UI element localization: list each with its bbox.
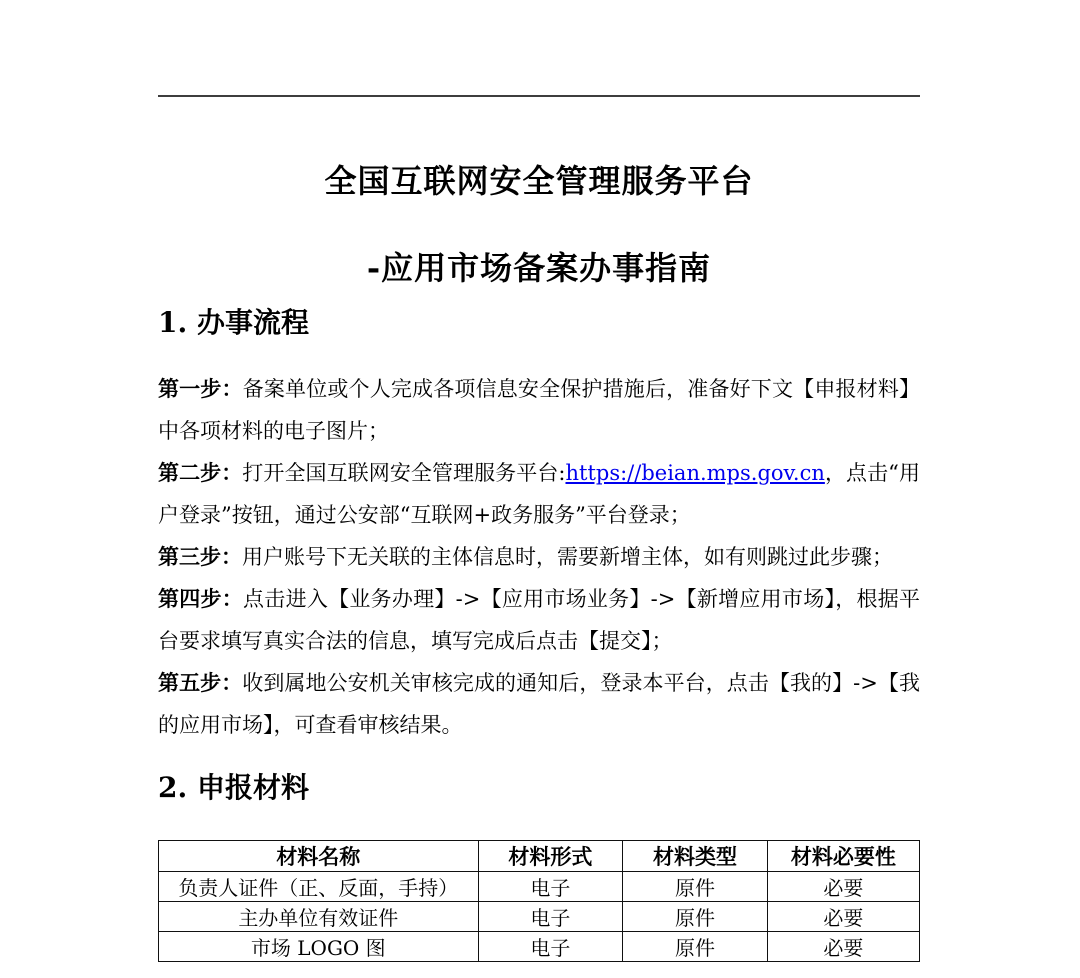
table-row: 市场 LOGO 图 电子 原件 必要 (159, 932, 920, 962)
step-5-text: 收到属地公安机关审核完成的通知后，登录本平台，点击【我的】->【我的应用市场】，… (158, 671, 920, 737)
table-header-cell-name: 材料名称 (159, 841, 479, 872)
table-cell: 原件 (623, 902, 768, 932)
step-1-label: 第一步： (158, 376, 243, 401)
step-paragraph-2: 第二步：打开全国互联网安全管理服务平台:https://beian.mps.go… (158, 452, 920, 536)
table-cell: 电子 (478, 902, 623, 932)
doc-title-line1: 全国互联网安全管理服务平台 (158, 163, 920, 199)
materials-table-wrap: 材料名称 材料形式 材料类型 材料必要性 负责人证件（正、反面，手持） 电子 原… (158, 840, 920, 962)
step-2-text-before-link: 打开全国互联网安全管理服务平台: (242, 461, 565, 485)
table-cell: 市场 LOGO 图 (159, 932, 479, 962)
table-row: 主办单位有效证件 电子 原件 必要 (159, 902, 920, 932)
table-cell: 必要 (767, 872, 919, 902)
document-page: 全国互联网安全管理服务平台 -应用市场备案办事指南 1. 办事流程 第一步：备案… (0, 0, 1080, 978)
step-3-label: 第三步： (158, 544, 242, 569)
table-cell: 电子 (478, 932, 623, 962)
step-paragraph-1: 第一步：备案单位或个人完成各项信息安全保护措施后，准备好下文【申报材料】中各项材… (158, 368, 920, 452)
beian-link[interactable]: https://beian.mps.gov.cn (565, 461, 824, 485)
step-paragraph-3: 第三步：用户账号下无关联的主体信息时，需要新增主体，如有则跳过此步骤； (158, 536, 920, 578)
table-header-cell-type: 材料类型 (623, 841, 768, 872)
step-paragraph-5: 第五步：收到属地公安机关审核完成的通知后，登录本平台，点击【我的】->【我的应用… (158, 662, 920, 746)
table-header-cell-form: 材料形式 (478, 841, 623, 872)
header-rule (158, 95, 920, 97)
table-cell: 原件 (623, 872, 768, 902)
doc-title-line2: -应用市场备案办事指南 (158, 250, 920, 286)
steps-block: 第一步：备案单位或个人完成各项信息安全保护措施后，准备好下文【申报材料】中各项材… (158, 368, 920, 746)
table-header-cell-necessity: 材料必要性 (767, 841, 919, 872)
step-5-label: 第五步： (158, 670, 242, 695)
step-3-text: 用户账号下无关联的主体信息时，需要新增主体，如有则跳过此步骤； (242, 545, 893, 569)
document-content: 全国互联网安全管理服务平台 -应用市场备案办事指南 1. 办事流程 第一步：备案… (158, 0, 920, 962)
table-cell: 电子 (478, 872, 623, 902)
step-4-text: 点击进入【业务办理】->【应用市场业务】->【新增应用市场】，根据平台要求填写真… (158, 587, 920, 653)
table-header-row: 材料名称 材料形式 材料类型 材料必要性 (159, 841, 920, 872)
table-cell: 原件 (623, 932, 768, 962)
section-heading-materials: 2. 申报材料 (158, 771, 920, 805)
table-row: 负责人证件（正、反面，手持） 电子 原件 必要 (159, 872, 920, 902)
table-cell: 必要 (767, 932, 919, 962)
step-2-label: 第二步： (158, 460, 242, 485)
step-4-label: 第四步： (158, 586, 243, 611)
materials-table: 材料名称 材料形式 材料类型 材料必要性 负责人证件（正、反面，手持） 电子 原… (158, 840, 920, 962)
step-1-text: 备案单位或个人完成各项信息安全保护措施后，准备好下文【申报材料】中各项材料的电子… (158, 377, 920, 443)
table-cell: 必要 (767, 902, 919, 932)
table-cell: 负责人证件（正、反面，手持） (159, 872, 479, 902)
table-cell: 主办单位有效证件 (159, 902, 479, 932)
section-heading-process: 1. 办事流程 (158, 306, 920, 340)
step-paragraph-4: 第四步：点击进入【业务办理】->【应用市场业务】->【新增应用市场】，根据平台要… (158, 578, 920, 662)
